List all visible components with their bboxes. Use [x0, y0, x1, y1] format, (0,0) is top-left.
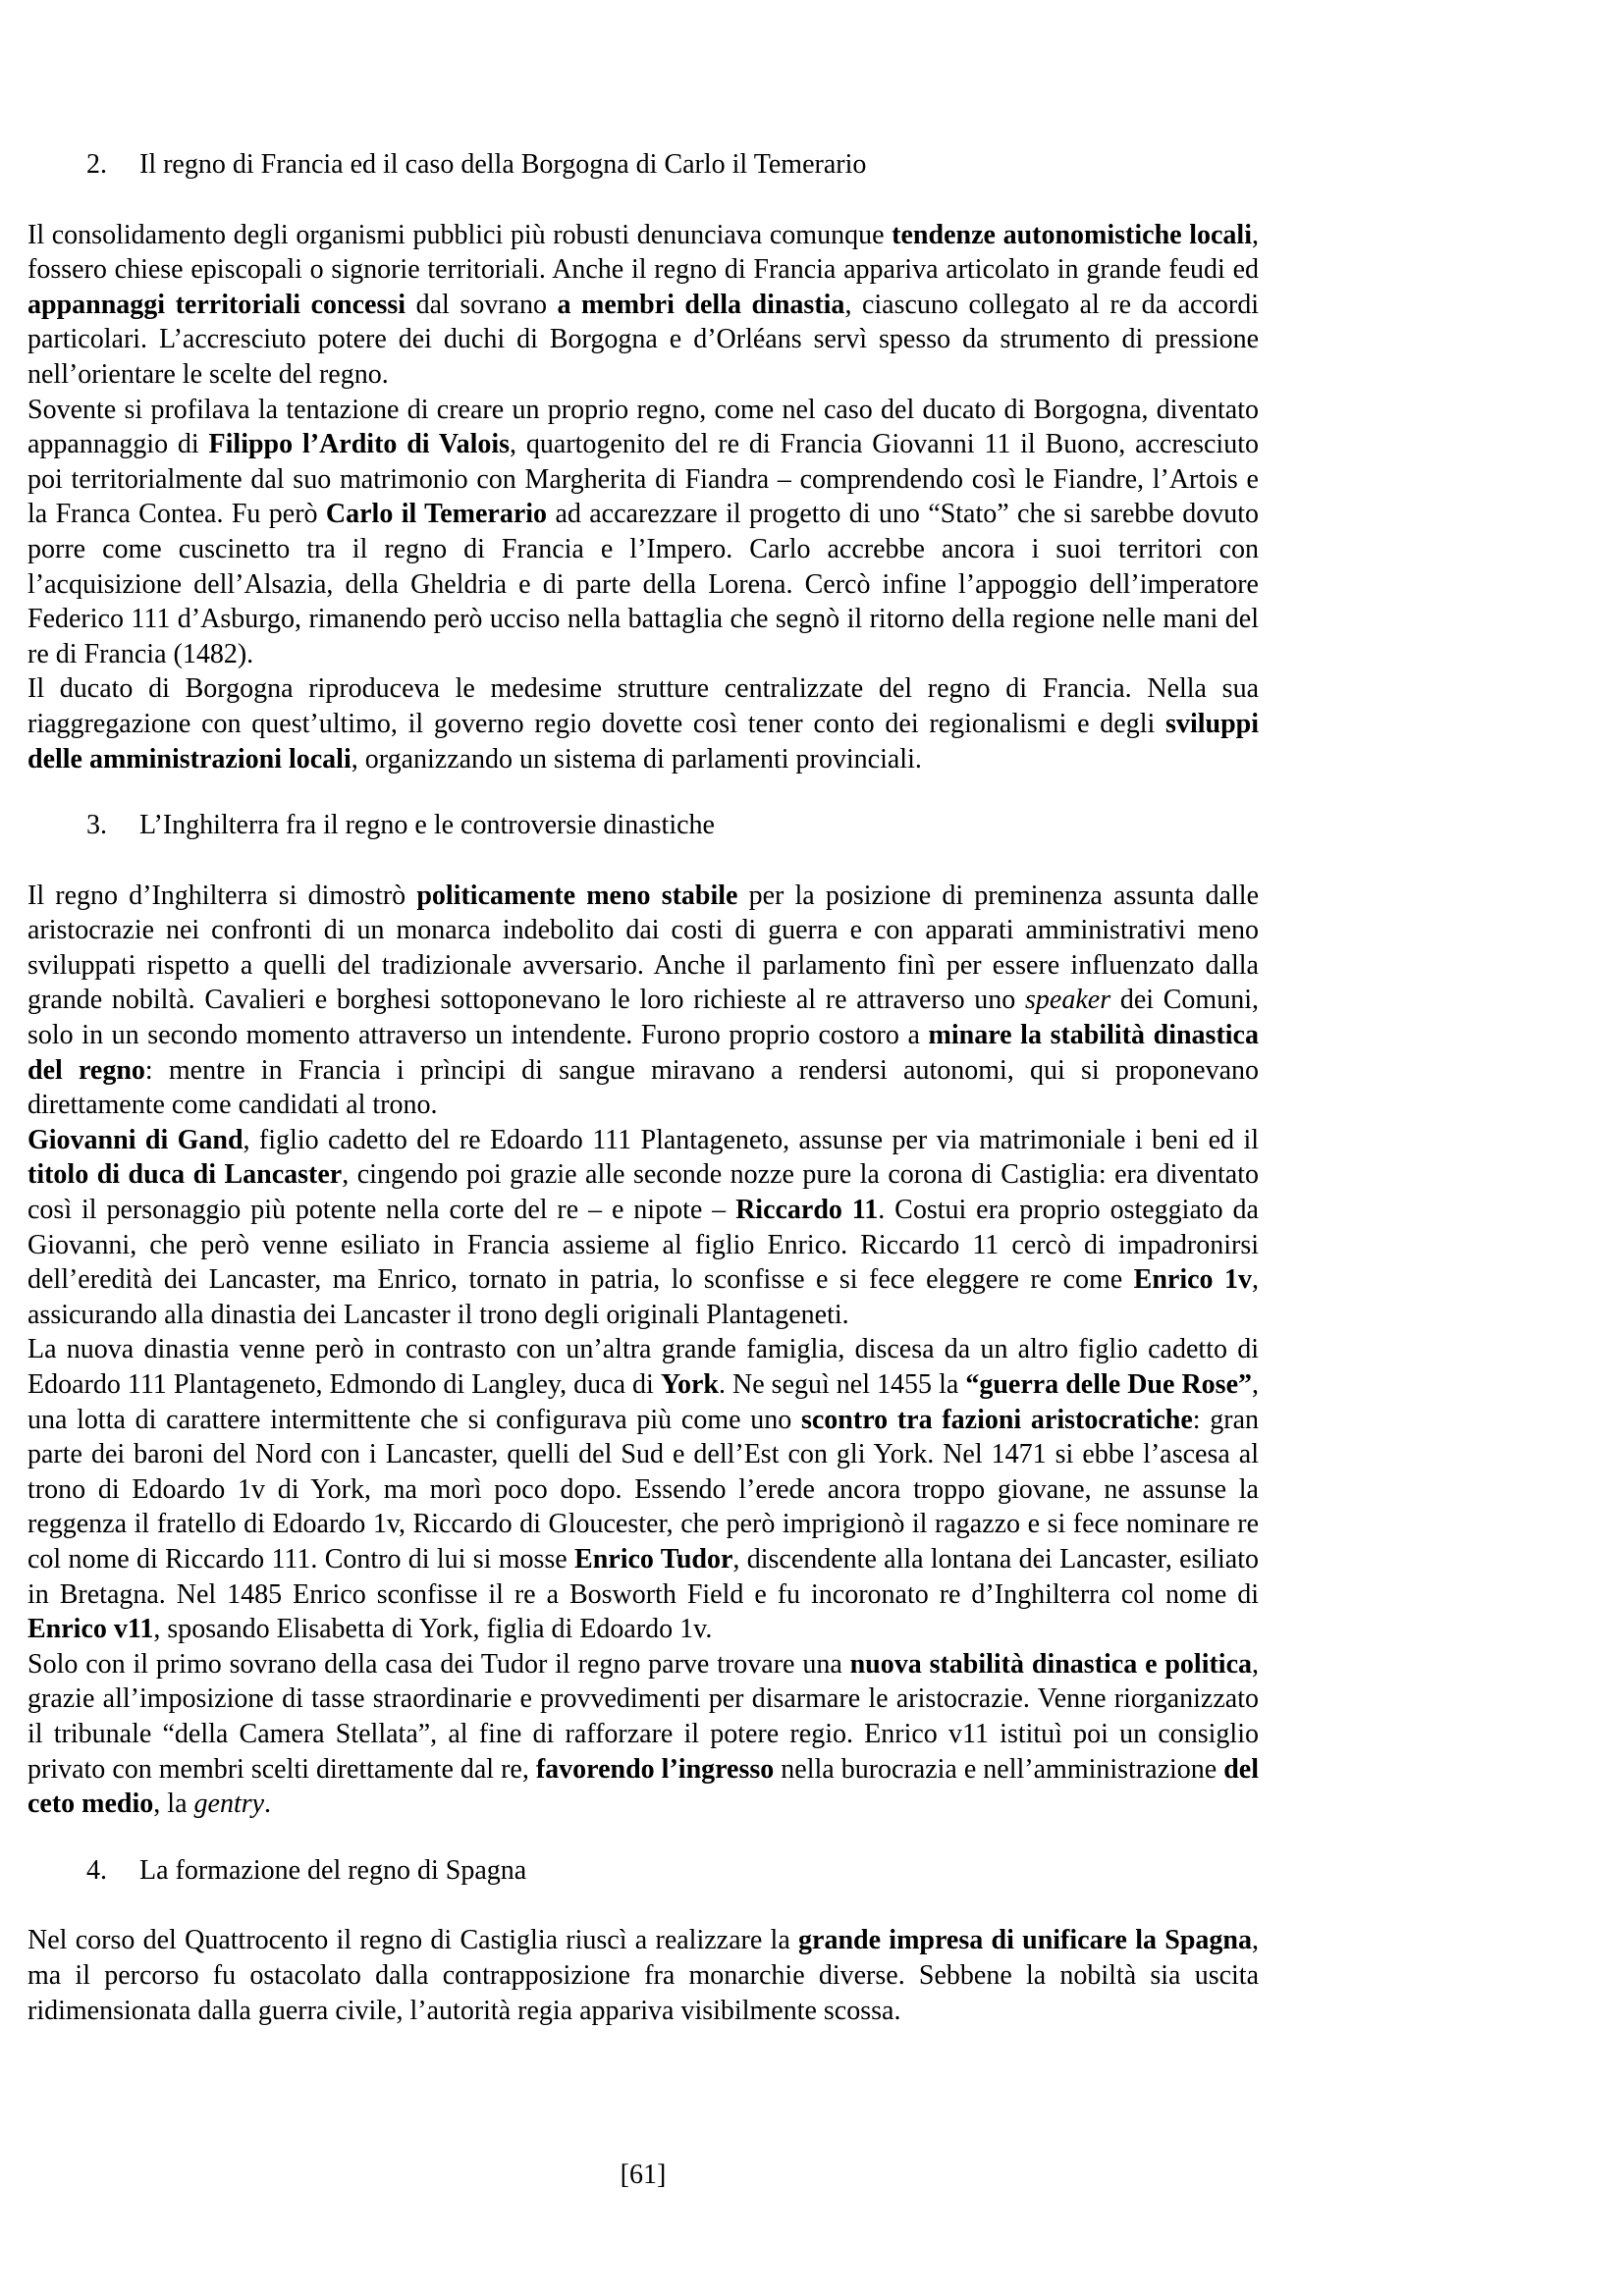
- section-number: 2.: [86, 147, 139, 183]
- section-title: La formazione del regno di Spagna: [139, 1855, 526, 1886]
- body-paragraph: Solo con il primo sovrano della casa dei…: [27, 1647, 1259, 1822]
- section-number: 3.: [86, 808, 139, 843]
- body-paragraph: Il ducato di Borgogna riproduceva le med…: [27, 671, 1259, 776]
- section-heading: 2.Il regno di Francia ed il caso della B…: [27, 147, 1259, 183]
- body-paragraph: Il regno d’Inghilterra si dimostrò polit…: [27, 879, 1259, 1123]
- section-heading: 4.La formazione del regno di Spagna: [27, 1853, 1259, 1889]
- body-paragraph: La nuova dinastia venne però in contrast…: [27, 1332, 1259, 1646]
- section-title: L’Inghilterra fra il regno e le controve…: [139, 810, 715, 840]
- text-column: 2.Il regno di Francia ed il caso della B…: [27, 147, 1259, 2028]
- section-number: 4.: [86, 1853, 139, 1889]
- document-page: 2.Il regno di Francia ed il caso della B…: [0, 0, 1623, 2296]
- page-number: [61]: [27, 2158, 1259, 2193]
- section-heading: 3.L’Inghilterra fra il regno e le contro…: [27, 808, 1259, 843]
- section-title: Il regno di Francia ed il caso della Bor…: [139, 149, 866, 180]
- body-paragraph: Sovente si profilava la tentazione di cr…: [27, 393, 1259, 672]
- body-paragraph: Nel corso del Quattrocento il regno di C…: [27, 1923, 1259, 2028]
- body-paragraph: Giovanni di Gand, figlio cadetto del re …: [27, 1123, 1259, 1333]
- body-paragraph: Il consolidamento degli organismi pubbli…: [27, 218, 1259, 393]
